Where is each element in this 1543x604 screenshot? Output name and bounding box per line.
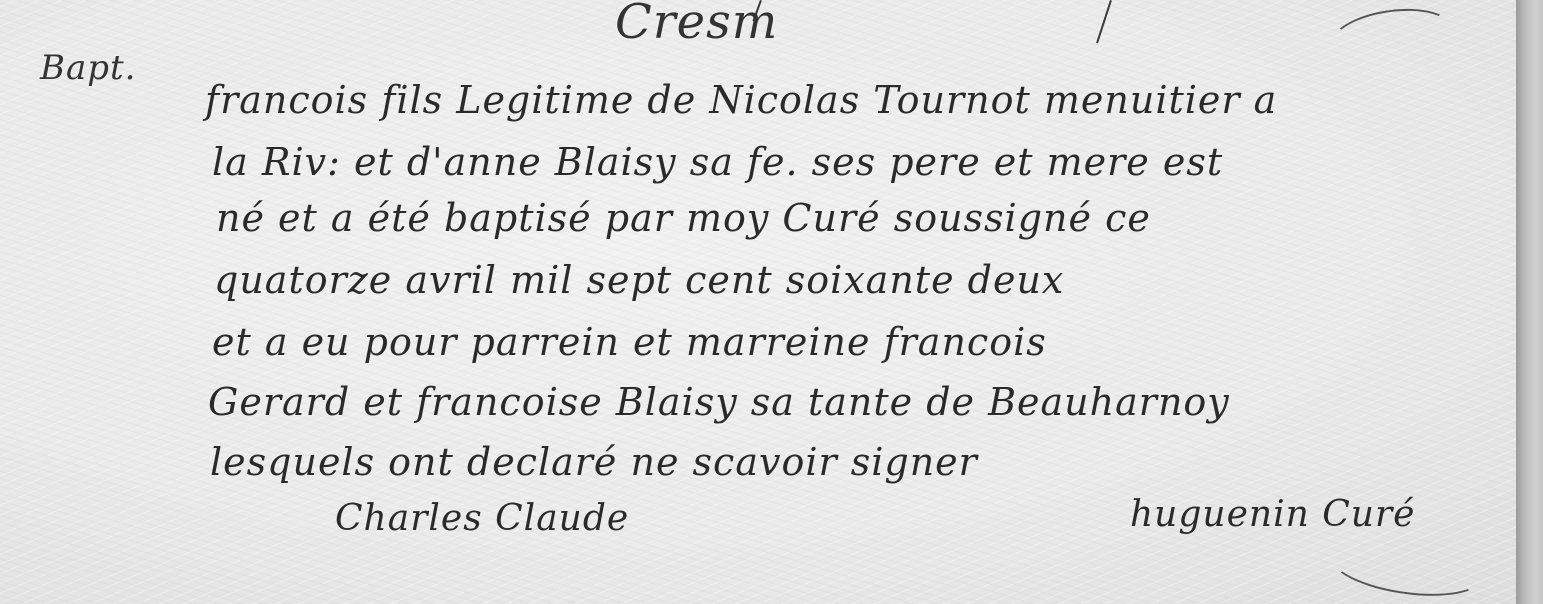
ink-descender-stroke (1096, 0, 1112, 43)
register-page: Cresm Bapt. francois fils Legitime de Ni… (0, 0, 1543, 604)
entry-line-5: et a eu pour parrein et marreine francoi… (212, 320, 1047, 364)
margin-note: Bapt. (40, 48, 137, 88)
entry-line-4: quatorze avril mil sept cent soixante de… (214, 258, 1064, 302)
entry-line-2: la Riv: et d'anne Blaisy sa fe. ses pere… (212, 140, 1223, 184)
entry-line-6: Gerard et francoise Blaisy sa tante de B… (208, 380, 1230, 424)
entry-line-1: francois fils Legitime de Nicolas Tourno… (205, 78, 1277, 122)
signature-priest: huguenin Curé (1130, 494, 1415, 535)
header-fragment: Cresm (615, 0, 778, 50)
ink-flourish (1327, 2, 1457, 73)
entry-line-7: lesquels ont declaré ne scavoir signer (210, 440, 978, 484)
page-binding-edge (1516, 0, 1543, 604)
signature-flourish (1327, 530, 1487, 604)
signature-witness: Charles Claude (335, 498, 629, 539)
entry-line-3: né et a été baptisé par moy Curé soussig… (216, 196, 1151, 240)
